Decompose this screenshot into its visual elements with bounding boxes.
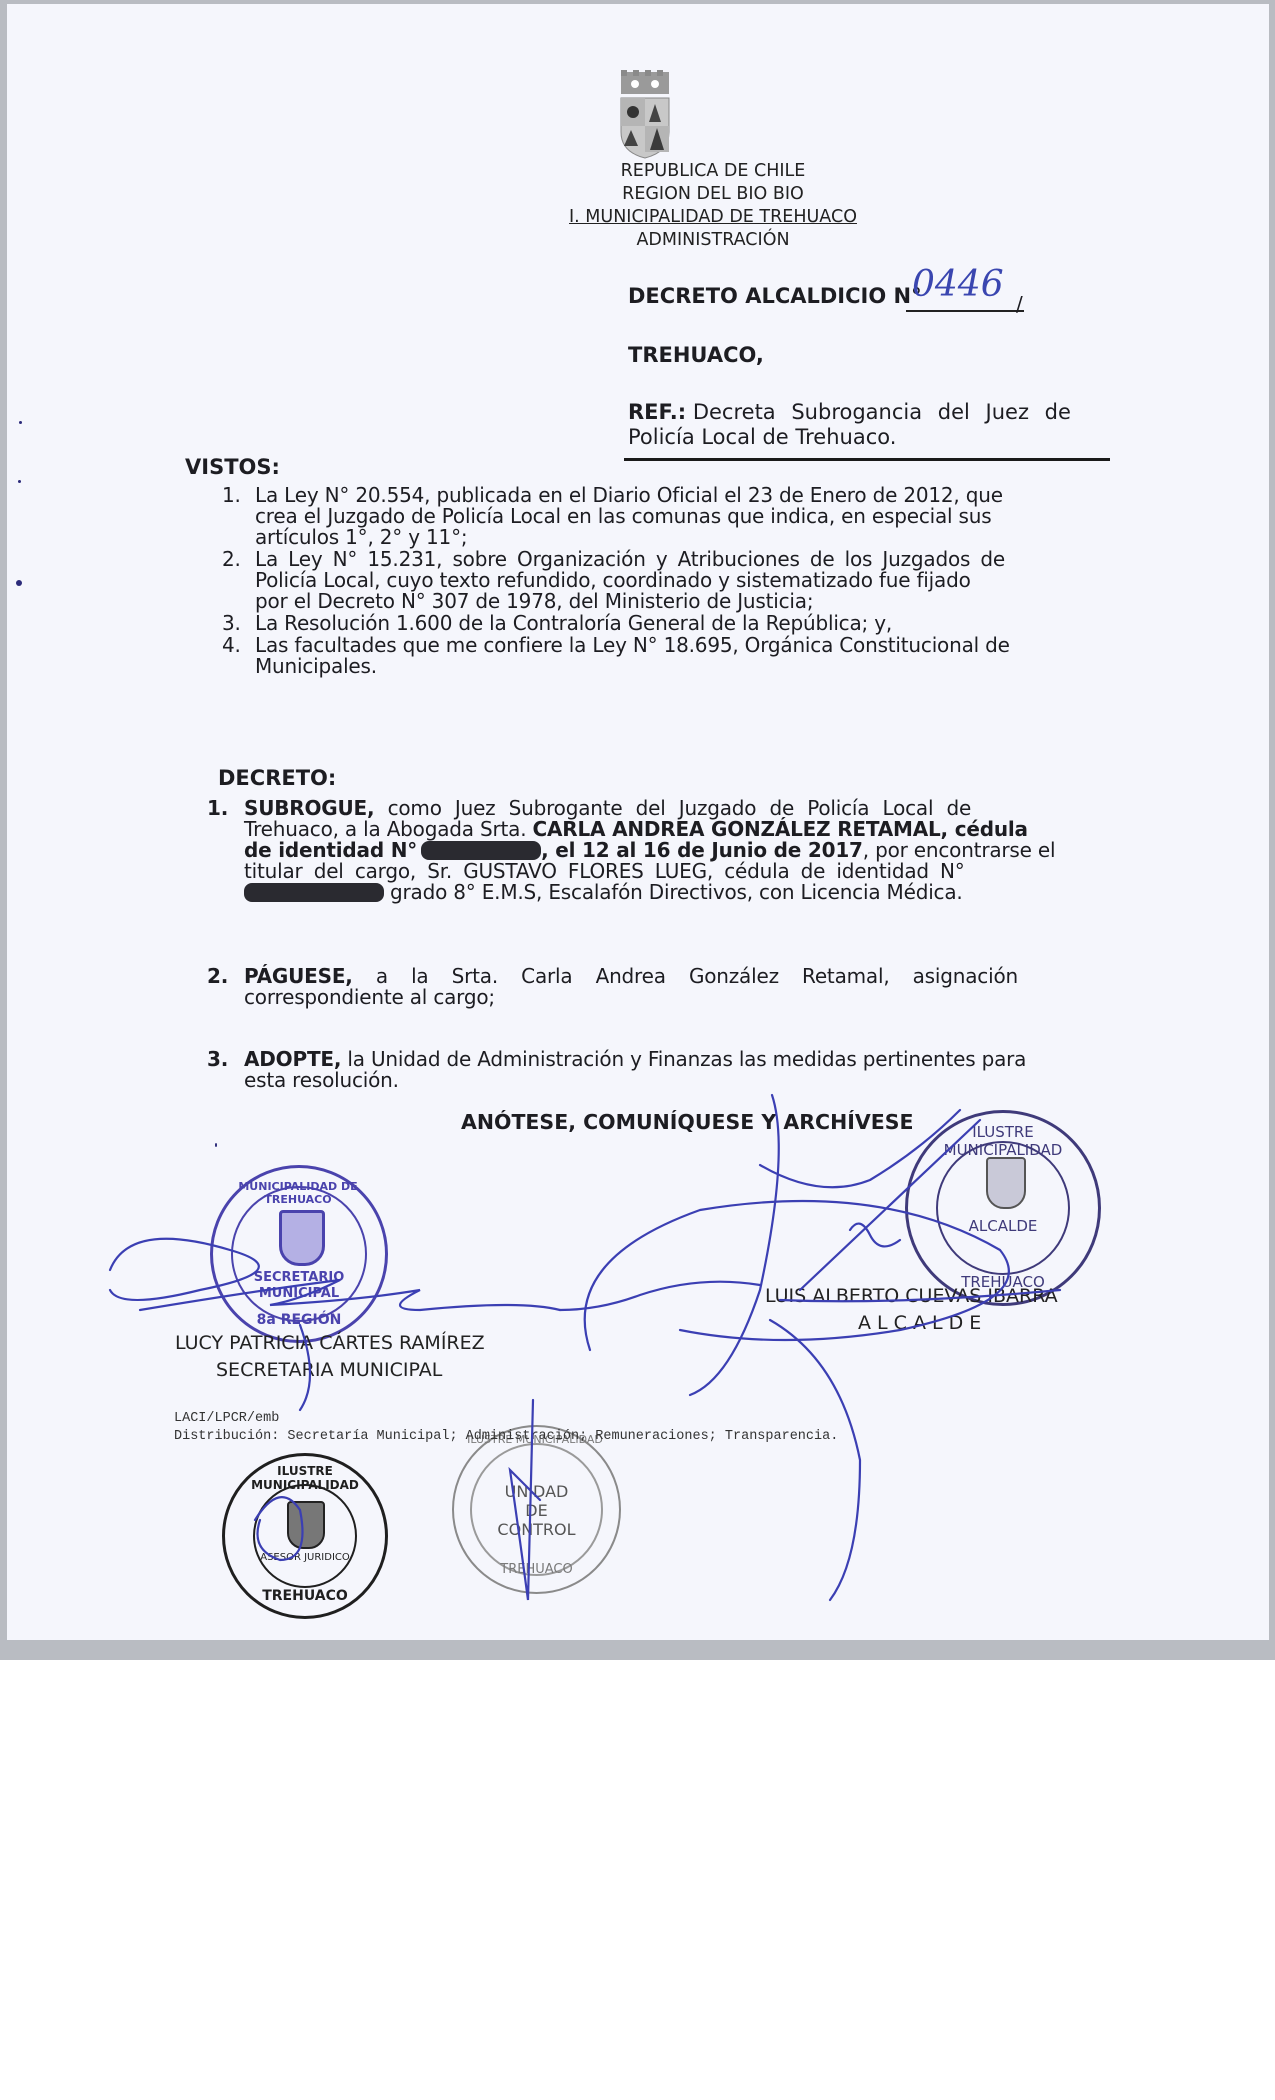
signature-strokes [0,0,1275,1660]
